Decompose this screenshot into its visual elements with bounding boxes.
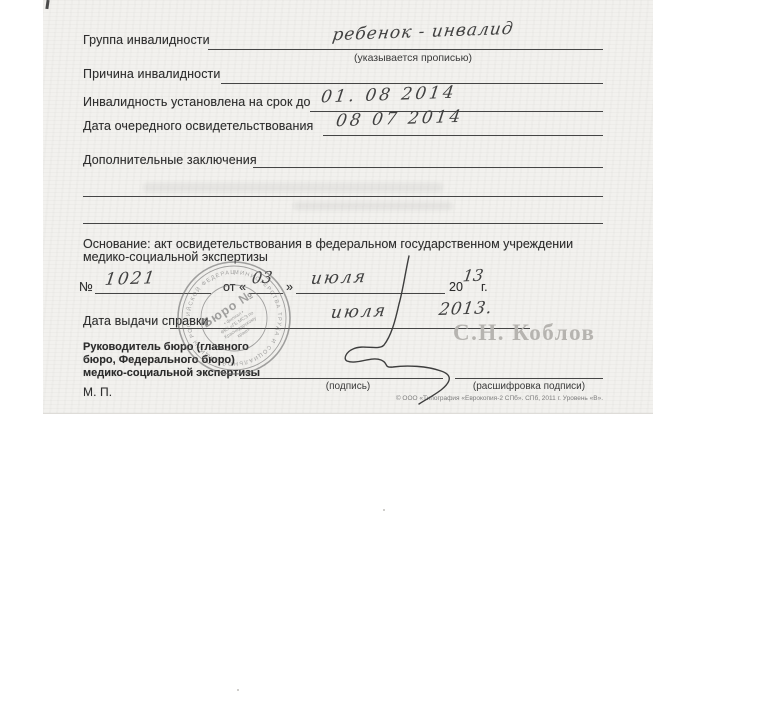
handwritten-act-number: 1021: [104, 268, 158, 290]
field-label-disability-cause: Причина инвалидности: [83, 67, 220, 81]
blank-line-1: [83, 196, 603, 197]
bleedthrough-smudge: [293, 202, 453, 210]
blank-line-2: [83, 223, 603, 224]
bleedthrough-smudge: [143, 183, 443, 192]
field-label-disability-group: Группа инвалидности: [83, 33, 210, 47]
scan-dust-speck: [383, 509, 385, 511]
field-label-additional-conclusions: Дополнительные заключения: [83, 153, 257, 167]
basis-text-line1: Основание: акт освидетельствования в фед…: [83, 237, 573, 251]
field-label-next-examination: Дата очередного освидетельствования: [83, 119, 313, 133]
mp-seal-placeholder: М. П.: [83, 385, 112, 399]
field-label-valid-until: Инвалидность установлена на срок до: [83, 95, 311, 109]
field-line-next-examination: [323, 135, 603, 136]
scanned-disability-certificate: Группа инвалидности ребенок - инвалид (у…: [0, 0, 770, 713]
act-number-prefix: №: [79, 279, 93, 294]
field-line-additional-conclusions: [253, 167, 603, 168]
act-year-suffix: г.: [481, 280, 488, 294]
signature-stroke-icon: [323, 250, 473, 410]
handwritten-disability-group: ребенок - инвалид: [282, 17, 565, 47]
transcript-caption: (расшифровка подписи): [459, 381, 599, 392]
scan-corner-mark: [45, 0, 49, 9]
handwritten-valid-until-date: 01. 08 2014: [320, 83, 458, 108]
certificate-paper: Группа инвалидности ребенок - инвалид (у…: [43, 0, 653, 414]
bureau-seal-icon: МИНИСТЕРСТВА ТРУДА И СОЦИАЛЬНОЙ ЗАЩИТЫ Р…: [175, 259, 293, 377]
field-caption-in-words: (указывается прописью): [323, 52, 503, 64]
field-line-disability-group: [208, 49, 603, 50]
signatory-name-facsimile: С.Н. Коблов: [453, 320, 595, 346]
scan-dust-speck: [237, 689, 239, 691]
handwritten-next-examination-date: 08 07 2014: [335, 107, 465, 132]
transcript-line: [455, 378, 603, 379]
